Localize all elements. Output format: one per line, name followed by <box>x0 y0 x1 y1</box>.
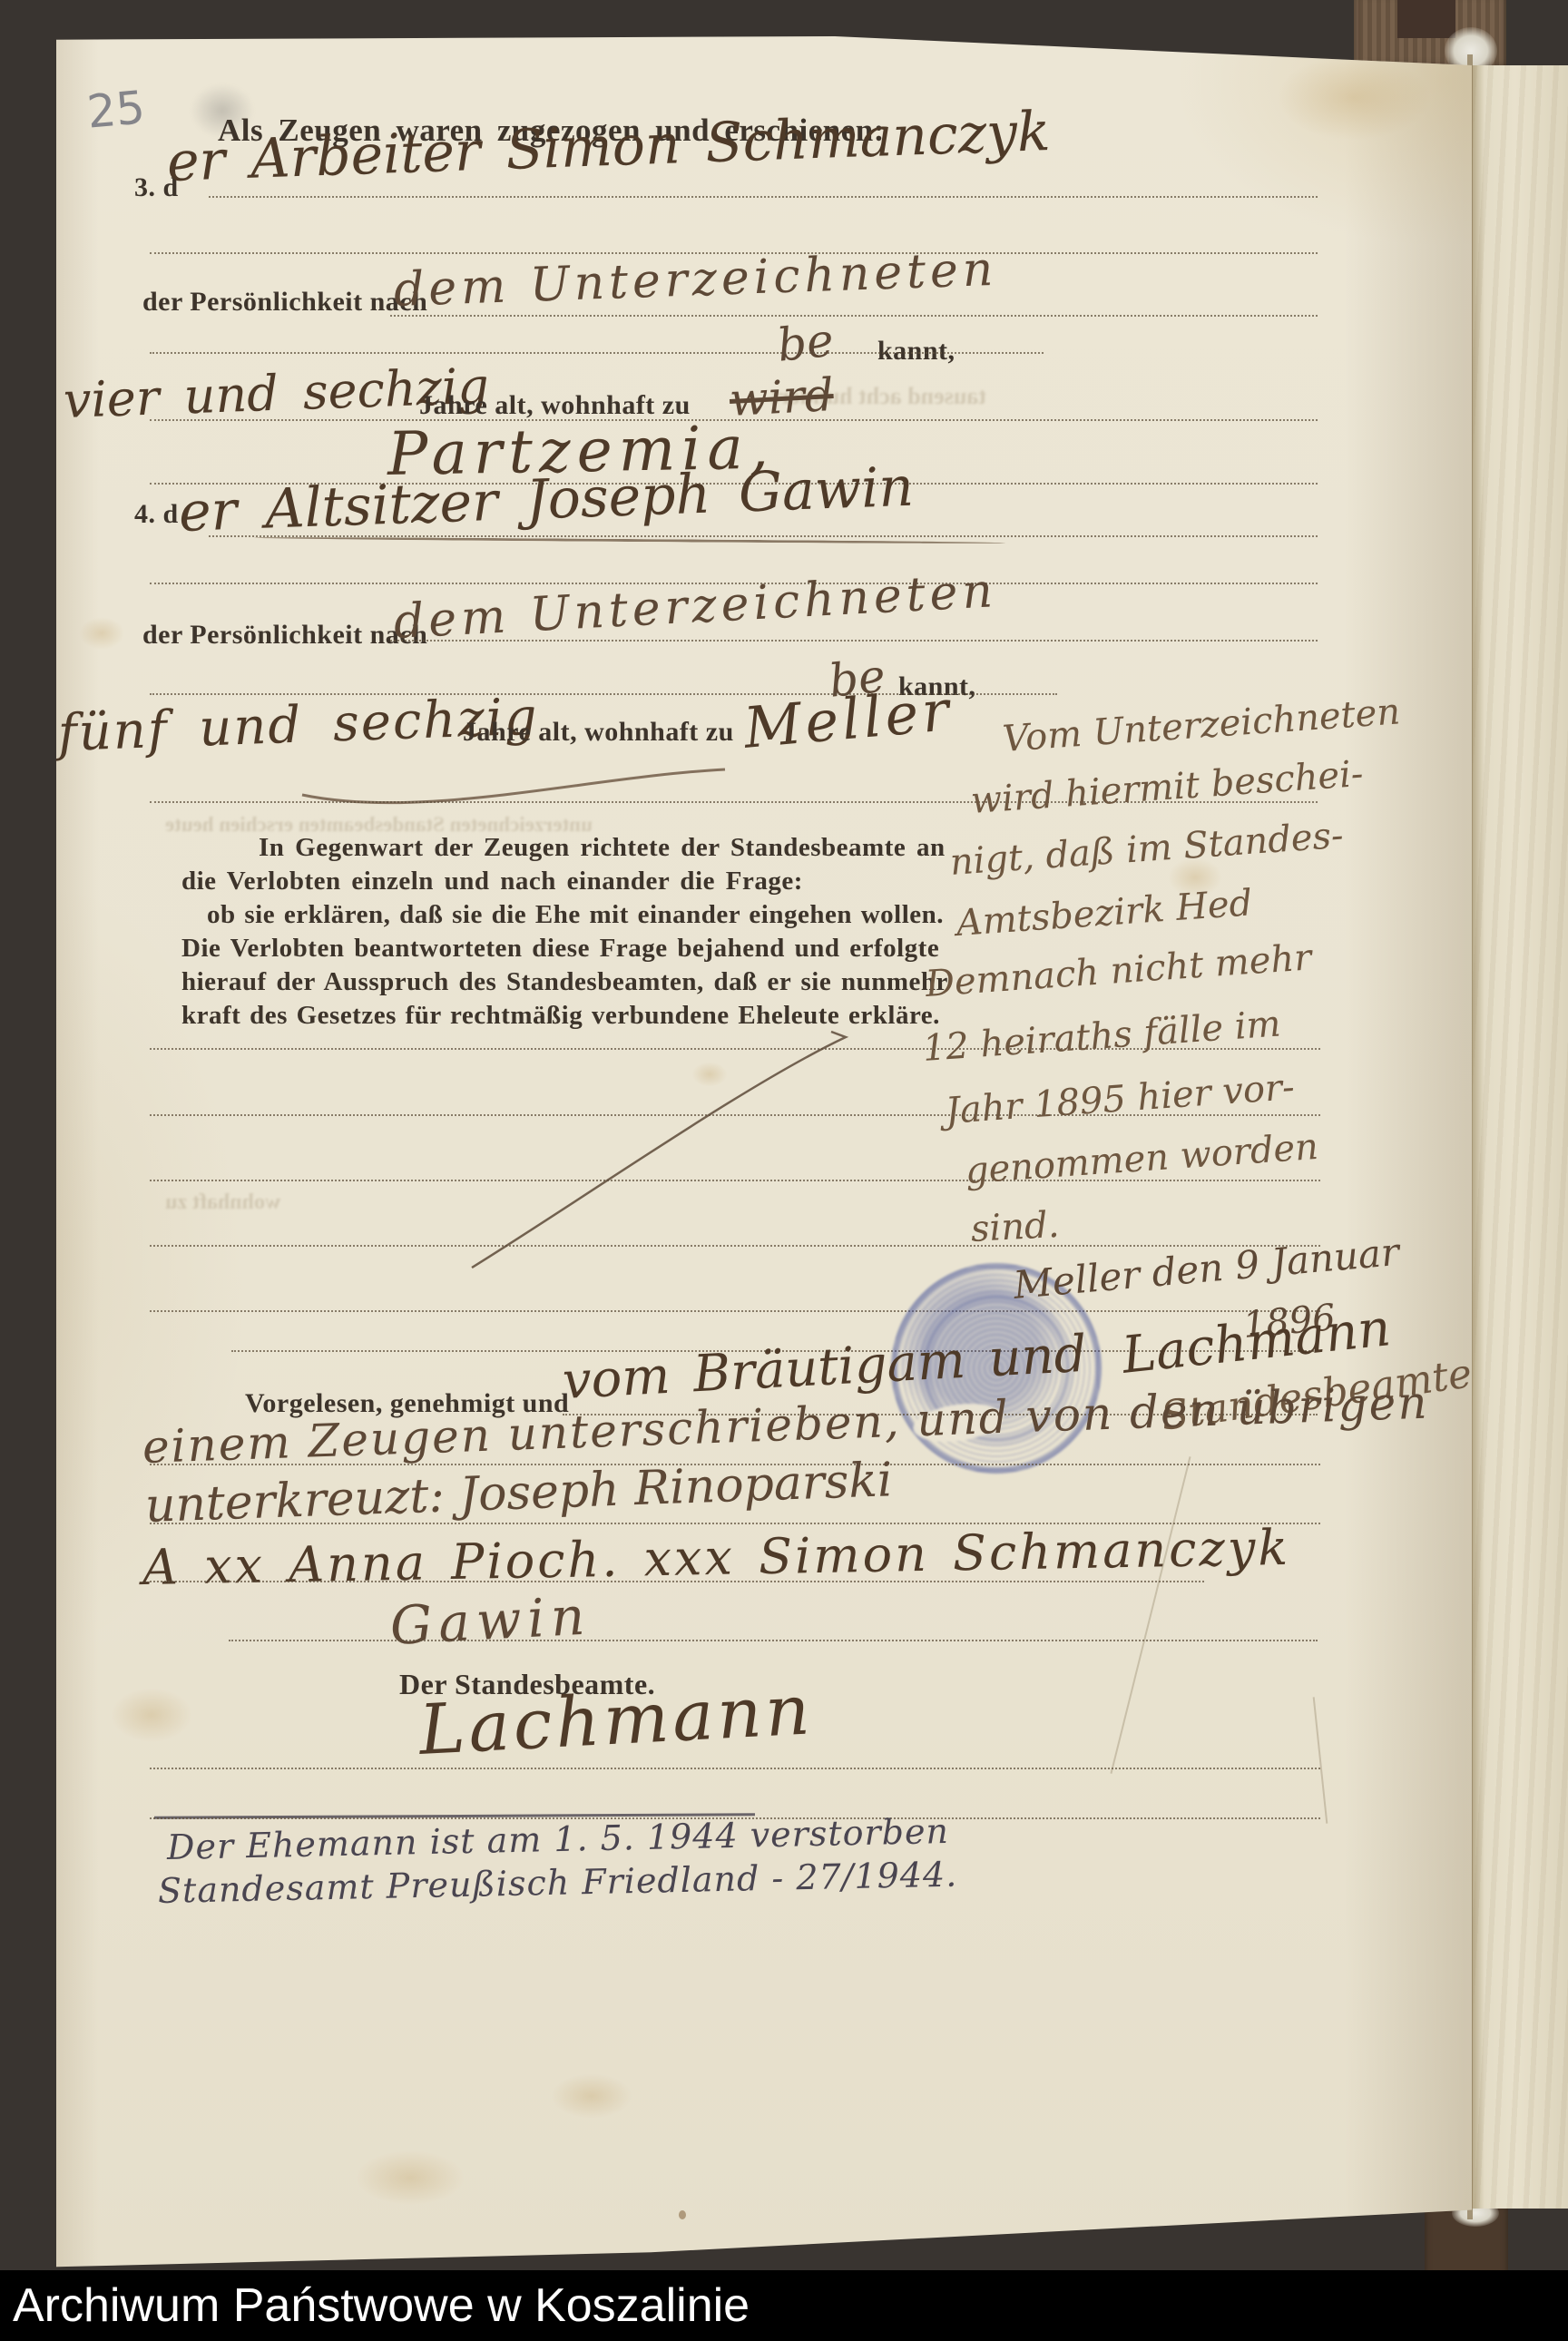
margin-note-line: wird hiermit beschei- <box>969 753 1364 822</box>
archival-scan: tausend acht hundert unterzeichneten Sta… <box>0 0 1568 2341</box>
archive-name: Archiwum Państwowe w Koszalinie <box>13 2278 750 2333</box>
bleedthrough-text: wohnhaft zu <box>165 1190 280 1215</box>
witness-marks-row: A xx Anna Pioch. xxx Simon Schmanczyk <box>142 1519 1290 1596</box>
cancellation-stroke <box>456 1021 864 1284</box>
dotted-rule <box>390 315 1318 317</box>
pen-underline <box>254 536 1005 544</box>
dotted-rule <box>209 196 1318 198</box>
registry-page: tausend acht hundert unterzeichneten Sta… <box>56 36 1472 2270</box>
margin-note-line: sind. <box>970 1204 1061 1250</box>
stain <box>79 617 124 650</box>
gawin-signature: Gawin <box>388 1584 593 1656</box>
witness4-identity-label: der Persönlichkeit nach <box>142 620 427 651</box>
paper-crease <box>1110 1456 1191 1774</box>
margin-note-line: genommen worden <box>964 1126 1319 1192</box>
margin-note-line: nigt, daß im Standes- <box>948 815 1345 884</box>
declaration-line: Die Verlobten beantworteten diese Frage … <box>181 932 1053 965</box>
witness3-known-handwriting: be <box>775 314 836 372</box>
stain <box>551 2073 632 2119</box>
pen-flourish <box>297 760 732 833</box>
declaration-paragraph: In Gegenwart der Zeugen richtete der Sta… <box>181 831 1053 1033</box>
declaration-line: die Verlobten einzeln und nach einander … <box>181 865 1053 898</box>
witness3-known-label: kannt, <box>877 336 955 367</box>
stain <box>356 2150 465 2205</box>
dotted-rule <box>390 640 1318 642</box>
stain <box>1277 54 1431 141</box>
witness4-name-handwriting: er Altsitzer Joseph Gawin <box>178 455 915 544</box>
page-number-pencil: 25 <box>85 81 147 138</box>
dotted-rule <box>229 1640 1318 1641</box>
dotted-rule <box>150 352 1044 354</box>
witness3-identity-label: der Persönlichkeit nach <box>142 287 427 318</box>
dotted-rule <box>150 1310 1320 1312</box>
margin-note-line: Vom Unterzeichneten <box>1001 691 1401 760</box>
book-spine-shadow <box>1397 0 1455 38</box>
witness4-age-label: Jahre alt, wohnhaft zu <box>463 717 734 748</box>
declaration-line: In Gegenwart der Zeugen richtete der Sta… <box>259 831 1053 865</box>
witness4-index: 4. d <box>134 499 179 530</box>
archive-footer-bar: Archiwum Państwowe w Koszalinie <box>0 2270 1568 2341</box>
margin-note-line: Jahr 1895 hier vor- <box>944 1066 1296 1132</box>
stain <box>111 1688 192 1742</box>
witness4-residence-handwriting: Meller <box>741 677 955 761</box>
witness4-identity-handwriting: dem Unterzeichneten <box>392 563 998 650</box>
dotted-rule <box>150 1768 1320 1769</box>
declaration-line: hierauf der Ausspruch des Standesbeamten… <box>181 965 1053 999</box>
declaration-line: ob sie erklären, daß sie die Ehe mit ein… <box>207 898 1053 932</box>
paper-crease <box>1313 1697 1328 1823</box>
adjacent-page-edge <box>1472 65 1568 2209</box>
dotted-rule <box>150 1581 1204 1582</box>
margin-note-date: Meller den 9 Januar <box>1012 1229 1401 1308</box>
ink-speck <box>679 2210 686 2219</box>
